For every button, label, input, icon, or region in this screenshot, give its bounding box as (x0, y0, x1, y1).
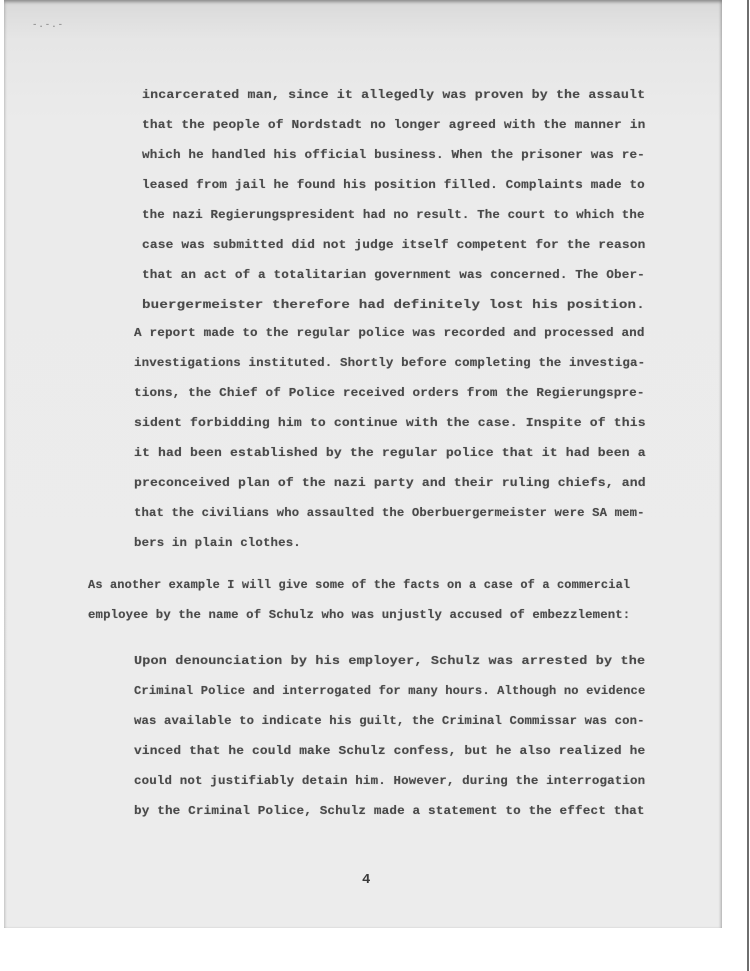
page-number: 4 (362, 872, 370, 888)
text-line: A report made to the regular police was … (134, 326, 645, 340)
text-line: tions, the Chief of Police received orde… (134, 386, 645, 400)
text-line: which he handled his official business. … (142, 148, 645, 162)
text-line: that an act of a totalitarian government… (142, 268, 645, 282)
text-line: bers in plain clothes. (134, 536, 301, 550)
text-line: Upon denounciation by his employer, Schu… (134, 654, 645, 668)
text-line: the nazi Regierungspresident had no resu… (142, 208, 645, 222)
text-line: case was submitted did not judge itself … (142, 238, 645, 252)
text-line: vinced that he could make Schulz confess… (134, 744, 645, 758)
scan-edge-line (747, 0, 749, 971)
text-line: sident forbidding him to continue with t… (134, 416, 646, 430)
scanned-page (4, 0, 722, 928)
text-line: was available to indicate his guilt, the… (134, 714, 645, 728)
text-line: investigations instituted. Shortly befor… (134, 356, 645, 370)
text-line: preconceived plan of the nazi party and … (134, 476, 646, 490)
text-line: could not justifiably detain him. Howeve… (134, 774, 645, 788)
text-line: incarcerated man, since it allegedly was… (142, 88, 645, 102)
text-line: that the people of Nordstadt no longer a… (142, 118, 645, 132)
text-line: employee by the name of Schulz who was u… (88, 608, 630, 622)
text-line: that the civilians who assaulted the Obe… (134, 506, 645, 520)
text-line: it had been established by the regular p… (134, 446, 646, 460)
text-line: leased from jail he found his position f… (142, 178, 645, 192)
text-line: Criminal Police and interrogated for man… (134, 684, 645, 698)
text-line: buergermeister therefore had definitely … (142, 298, 645, 312)
text-line: As another example I will give some of t… (88, 578, 630, 592)
ink-smudge: -.-.- (32, 20, 64, 30)
text-line: by the Criminal Police, Schulz made a st… (134, 804, 645, 818)
